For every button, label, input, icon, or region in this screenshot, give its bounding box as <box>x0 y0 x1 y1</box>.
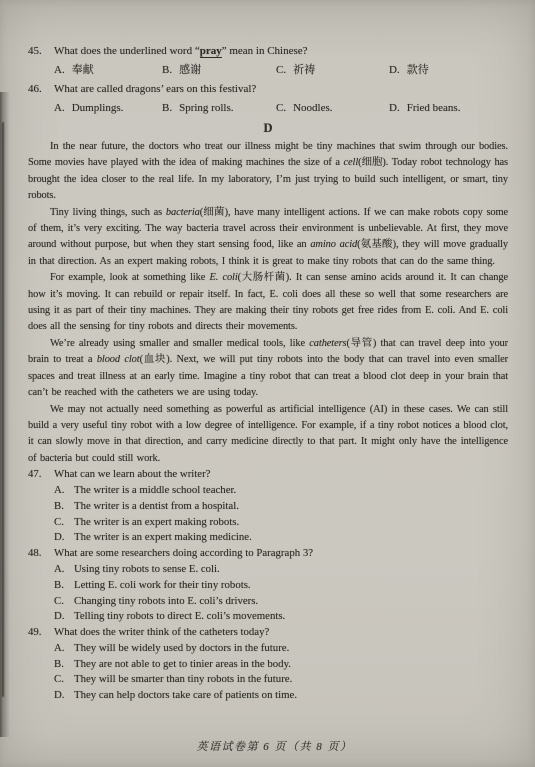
option-line-c: C.They will be smarter than tiny robots … <box>54 672 508 688</box>
option-label: B. <box>54 499 67 515</box>
option-label: D. <box>54 609 67 625</box>
option-text: 感谢 <box>179 61 201 80</box>
italic-term: cell <box>344 157 359 168</box>
option-label: A. <box>54 61 65 80</box>
option-line-b: B.The writer is a dentist from a hospita… <box>54 499 508 515</box>
section-d-heading: D <box>28 119 508 137</box>
option-text: They are not able to get to tinier areas… <box>74 657 291 673</box>
option-line-a: A.Using tiny robots to sense E. coli. <box>54 562 508 578</box>
option-text: 祈祷 <box>293 61 315 80</box>
option-text: Letting E. coli work for their tiny robo… <box>74 578 251 594</box>
option-label: D. <box>389 99 400 118</box>
option-text: Dumplings. <box>72 99 124 118</box>
option-d: D.Fried beans. <box>389 99 508 118</box>
option-text: Fried beans. <box>407 99 461 118</box>
option-d: D.款待 <box>389 61 508 80</box>
option-label: A. <box>54 99 65 118</box>
question-48-stem-line: 48. What are some researchers doing acco… <box>28 546 508 562</box>
option-text: 款待 <box>407 61 429 80</box>
option-c: C.Noodles. <box>276 99 389 118</box>
option-text: Spring rolls. <box>179 99 233 118</box>
italic-term: bacteria <box>166 207 200 218</box>
option-text: Using tiny robots to sense E. coli. <box>74 562 220 578</box>
question-48: 48. What are some researchers doing acco… <box>28 546 508 625</box>
italic-term: E. coli <box>209 272 237 283</box>
question-stem: What can we learn about the writer? <box>54 467 508 483</box>
option-b: B.感谢 <box>162 61 276 80</box>
question-47: 47. What can we learn about the writer? … <box>28 467 508 546</box>
option-text: They can help doctors take care of patie… <box>74 688 297 704</box>
stem-text: ” mean in Chinese? <box>222 45 308 57</box>
question-47-stem-line: 47. What can we learn about the writer? <box>28 467 508 483</box>
option-text: Noodles. <box>293 99 332 118</box>
stem-text: What does the underlined word “ <box>54 45 200 57</box>
option-a: A.Dumplings. <box>54 99 162 118</box>
italic-term: blood clot <box>97 354 140 365</box>
option-text: 奉献 <box>72 61 94 80</box>
question-45-options-row: A.奉献 B.感谢 C.祈祷 D.款待 <box>54 61 508 80</box>
question-46: 46. What are called dragons’ ears on thi… <box>28 80 508 118</box>
option-label: C. <box>54 672 67 688</box>
option-label: C. <box>276 99 286 118</box>
option-label: B. <box>54 578 67 594</box>
passage-paragraph-1: In the near future, the doctors who trea… <box>28 139 508 205</box>
option-label: A. <box>54 562 67 578</box>
option-label: A. <box>54 483 67 499</box>
passage-paragraph-3: For example, look at something like E. c… <box>28 270 508 336</box>
italic-term: amino acid <box>310 239 357 250</box>
option-text: They will be widely used by doctors in t… <box>74 641 289 657</box>
question-46-stem-line: 46. What are called dragons’ ears on thi… <box>28 80 508 99</box>
option-b: B.Spring rolls. <box>162 99 276 118</box>
option-label: B. <box>162 61 172 80</box>
question-stem: What are some researchers doing accordin… <box>54 546 508 562</box>
option-label: C. <box>276 61 286 80</box>
question-stem: What does the writer think of the cathet… <box>54 625 508 641</box>
question-stem: What does the underlined word “pray” mea… <box>54 42 508 61</box>
option-label: D. <box>54 688 67 704</box>
question-number: 47. <box>28 467 54 483</box>
question-49: 49. What does the writer think of the ca… <box>28 625 508 704</box>
passage-paragraph-5: We may not actually need something as po… <box>28 402 508 468</box>
option-label: D. <box>54 530 67 546</box>
question-number: 49. <box>28 625 54 641</box>
option-label: B. <box>162 99 172 118</box>
passage-text: For example, look at something like <box>50 272 209 283</box>
page-footer: 英语试卷第 6 页（共 8 页） <box>0 738 535 754</box>
scanned-exam-page: 45. What does the underlined word “pray”… <box>0 0 535 767</box>
option-text: They will be smarter than tiny robots in… <box>74 672 292 688</box>
option-label: B. <box>54 657 67 673</box>
option-line-b: B.Letting E. coli work for their tiny ro… <box>54 578 508 594</box>
option-line-d: D.They can help doctors take care of pat… <box>54 688 508 704</box>
option-line-b: B.They are not able to get to tinier are… <box>54 657 508 673</box>
passage-text: We may not actually need something as po… <box>28 404 508 464</box>
option-label: C. <box>54 515 67 531</box>
passage-text: We’re already using smaller and smaller … <box>50 338 309 349</box>
question-number: 46. <box>28 80 54 99</box>
option-line-c: C.The writer is an expert making robots. <box>54 515 508 531</box>
option-a: A.奉献 <box>54 61 162 80</box>
question-number: 45. <box>28 42 54 61</box>
option-text: Changing tiny robots into E. coli’s driv… <box>74 594 258 610</box>
question-45-stem-line: 45. What does the underlined word “pray”… <box>28 42 508 61</box>
option-label: D. <box>389 61 400 80</box>
question-stem: What are called dragons’ ears on this fe… <box>54 80 508 99</box>
option-text: The writer is an expert making medicine. <box>74 530 252 546</box>
question-46-options-row: A.Dumplings. B.Spring rolls. C.Noodles. … <box>54 99 508 118</box>
option-text: The writer is a dentist from a hospital. <box>74 499 239 515</box>
option-line-a: A.The writer is a middle school teacher. <box>54 483 508 499</box>
passage-text: Tiny living things, such as <box>50 207 166 218</box>
page-content: 45. What does the underlined word “pray”… <box>0 0 535 704</box>
option-text: The writer is an expert making robots. <box>74 515 239 531</box>
question-45: 45. What does the underlined word “pray”… <box>28 42 508 80</box>
option-c: C.祈祷 <box>276 61 389 80</box>
option-label: C. <box>54 594 67 610</box>
underlined-word: pray <box>200 45 222 58</box>
question-number: 48. <box>28 546 54 562</box>
option-line-d: D.Telling tiny robots to direct E. coli’… <box>54 609 508 625</box>
option-text: Telling tiny robots to direct E. coli’s … <box>74 609 285 625</box>
option-line-c: C.Changing tiny robots into E. coli’s dr… <box>54 594 508 610</box>
italic-term: catheters <box>309 338 346 349</box>
option-text: The writer is a middle school teacher. <box>74 483 236 499</box>
reading-passage: In the near future, the doctors who trea… <box>28 139 508 467</box>
passage-paragraph-4: We’re already using smaller and smaller … <box>28 336 508 402</box>
question-49-stem-line: 49. What does the writer think of the ca… <box>28 625 508 641</box>
option-line-a: A.They will be widely used by doctors in… <box>54 641 508 657</box>
option-label: A. <box>54 641 67 657</box>
option-line-d: D.The writer is an expert making medicin… <box>54 530 508 546</box>
passage-paragraph-2: Tiny living things, such as bacteria(细菌)… <box>28 205 508 271</box>
